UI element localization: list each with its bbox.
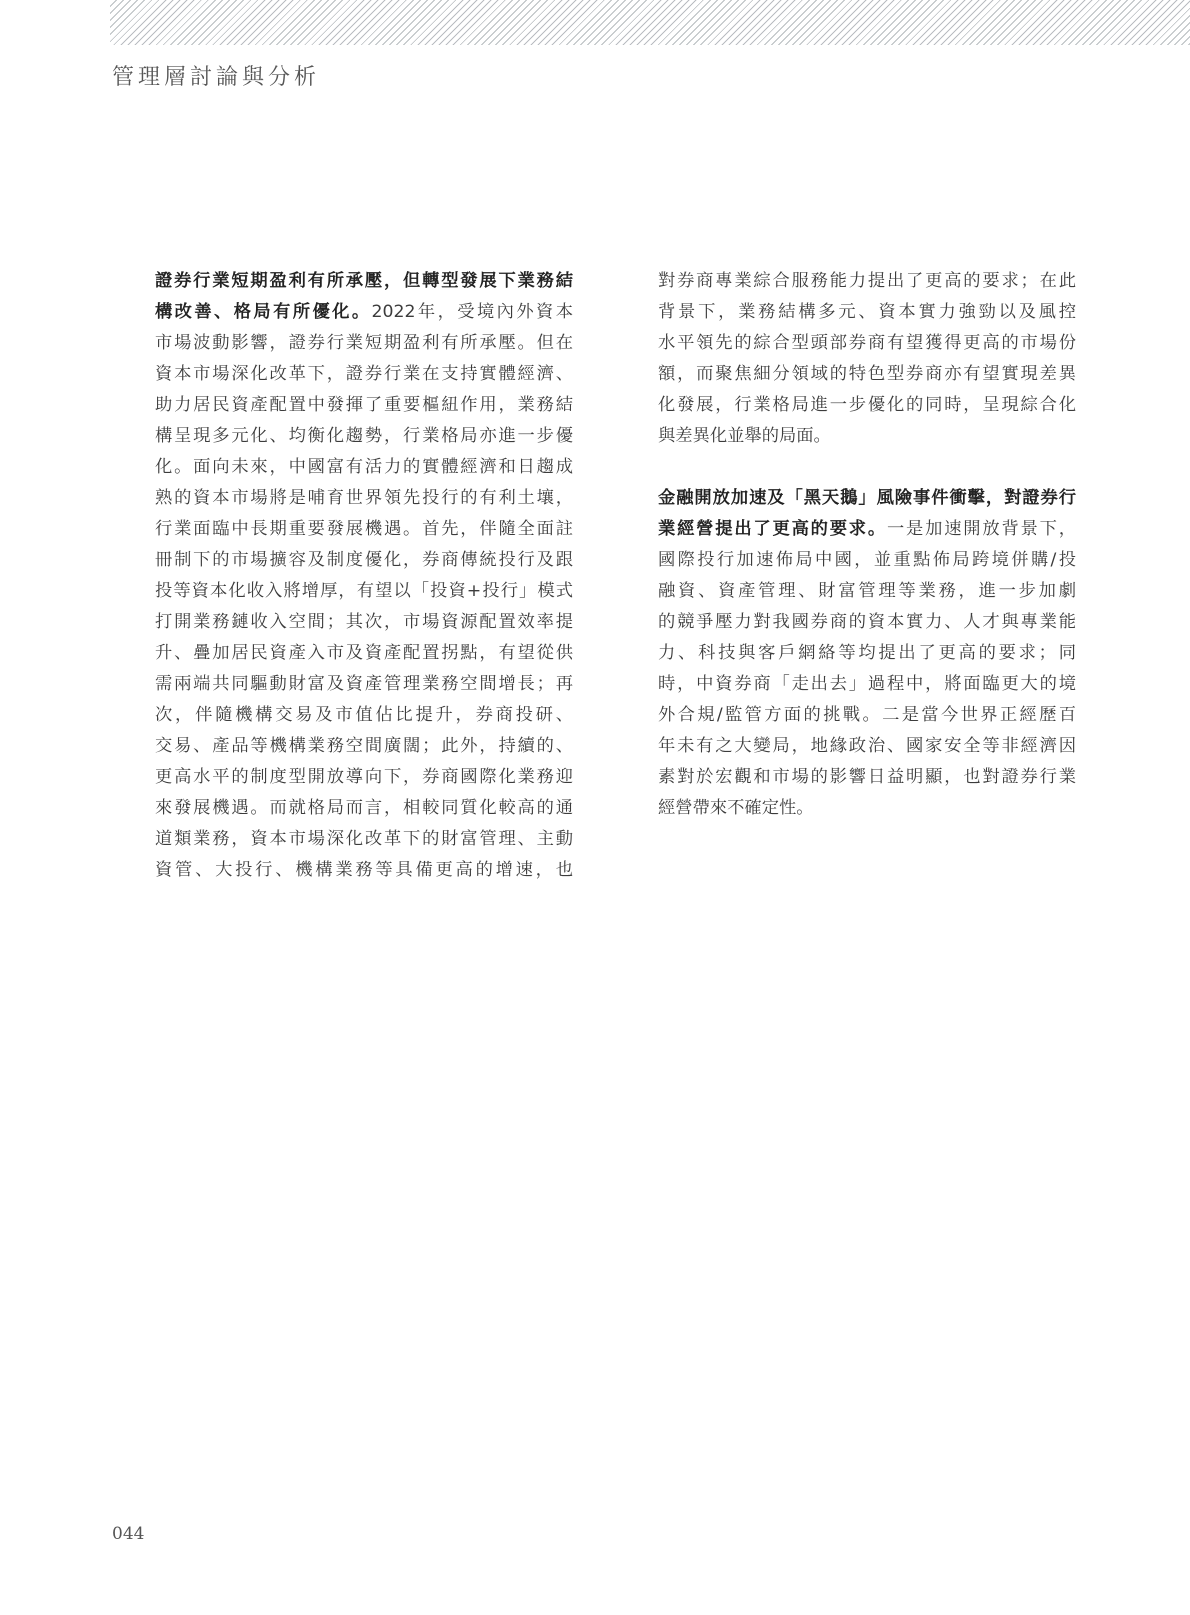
paragraph-financial-opening: 金融開放加速及「黑天鵝」風險事件衝擊，對證券行 業經營提出了更高的要求。一是加速… <box>658 483 1076 824</box>
text-line: 外合規/監管方面的挑戰。二是當今世界正經歷百 <box>658 700 1076 731</box>
text-line: 次，伴隨機構交易及市值佔比提升，券商投研、 <box>155 700 573 731</box>
text-line: 的競爭壓力對我國券商的資本實力、人才與專業能 <box>658 607 1076 638</box>
text-line: 國際投行加速佈局中國，並重點佈局跨境併購/投 <box>658 545 1076 576</box>
section-title: 管理層討論與分析 <box>112 60 320 91</box>
text-line: 升、疊加居民資產入市及資產配置拐點，有望從供 <box>155 638 573 669</box>
text-line: 交易、產品等機構業務空間廣闊；此外，持續的、 <box>155 731 573 762</box>
paragraph-heading: 構改善、格局有所優化。 <box>155 302 372 322</box>
text-line: 行業面臨中長期重要發展機遇。首先，伴隨全面註 <box>155 514 573 545</box>
text-line: 道類業務，資本市場深化改革下的財富管理、主動 <box>155 824 573 855</box>
text-line: 證券行業短期盈利有所承壓，但轉型發展下業務結 <box>155 266 573 297</box>
text-line: 對券商專業綜合服務能力提出了更高的要求；在此 <box>658 266 1076 297</box>
text-line: 素對於宏觀和市場的影響日益明顯，也對證券行業 <box>658 762 1076 793</box>
text-line: 投等資本化收入將增厚，有望以「投資+投行」模式 <box>155 576 573 607</box>
text-line: 背景下，業務結構多元、資本實力強勁以及風控 <box>658 297 1076 328</box>
right-text-column: 對券商專業綜合服務能力提出了更高的要求；在此 背景下，業務結構多元、資本實力強勁… <box>658 266 1076 855</box>
text-line: 助力居民資產配置中發揮了重要樞紐作用，業務結 <box>155 390 573 421</box>
left-text-column: 證券行業短期盈利有所承壓，但轉型發展下業務結 構改善、格局有所優化。2022年，… <box>155 266 573 917</box>
text-line: 年未有之大變局，地緣政治、國家安全等非經濟因 <box>658 731 1076 762</box>
text-line: 時，中資券商「走出去」過程中，將面臨更大的境 <box>658 669 1076 700</box>
paragraph-securities-industry: 證券行業短期盈利有所承壓，但轉型發展下業務結 構改善、格局有所優化。2022年，… <box>155 266 573 886</box>
text-line: 市場波動影響，證券行業短期盈利有所承壓。但在 <box>155 328 573 359</box>
page-number: 044 <box>112 1524 144 1544</box>
header-hatch-pattern <box>110 0 1190 45</box>
text-line: 化。面向未來，中國富有活力的實體經濟和日趨成 <box>155 452 573 483</box>
text-line: 融資、資產管理、財富管理等業務，進一步加劇 <box>658 576 1076 607</box>
text-line: 額，而聚焦細分領域的特色型券商亦有望實現差異 <box>658 359 1076 390</box>
paragraph-continuation: 對券商專業綜合服務能力提出了更高的要求；在此 背景下，業務結構多元、資本實力強勁… <box>658 266 1076 452</box>
text-line: 冊制下的市場擴容及制度優化，券商傳統投行及跟 <box>155 545 573 576</box>
text-line: 資本市場深化改革下，證券行業在支持實體經濟、 <box>155 359 573 390</box>
body-text: 2022年，受境內外資本 <box>372 302 573 322</box>
text-line: 經營帶來不確定性。 <box>658 793 1076 824</box>
text-line: 資管、大投行、機構業務等具備更高的增速，也 <box>155 855 573 886</box>
body-text: 一是加速開放背景下， <box>887 519 1076 539</box>
text-line: 打開業務鏈收入空間；其次，市場資源配置效率提 <box>155 607 573 638</box>
text-line: 熟的資本市場將是哺育世界領先投行的有利土壤， <box>155 483 573 514</box>
text-line: 構改善、格局有所優化。2022年，受境內外資本 <box>155 297 573 328</box>
text-line: 金融開放加速及「黑天鵝」風險事件衝擊，對證券行 <box>658 483 1076 514</box>
text-line: 業經營提出了更高的要求。一是加速開放背景下， <box>658 514 1076 545</box>
text-line: 與差異化並舉的局面。 <box>658 421 1076 452</box>
text-line: 來發展機遇。而就格局而言，相較同質化較高的通 <box>155 793 573 824</box>
text-line: 水平領先的綜合型頭部券商有望獲得更高的市場份 <box>658 328 1076 359</box>
paragraph-heading: 證券行業短期盈利有所承壓，但轉型發展下業務結 <box>155 271 573 291</box>
text-line: 更高水平的制度型開放導向下，券商國際化業務迎 <box>155 762 573 793</box>
paragraph-heading: 金融開放加速及「黑天鵝」風險事件衝擊，對證券行 <box>658 488 1076 508</box>
paragraph-heading: 業經營提出了更高的要求。 <box>658 519 887 539</box>
text-line: 構呈現多元化、均衡化趨勢，行業格局亦進一步優 <box>155 421 573 452</box>
text-line: 力、科技與客戶網絡等均提出了更高的要求；同 <box>658 638 1076 669</box>
text-line: 需兩端共同驅動財富及資產管理業務空間增長；再 <box>155 669 573 700</box>
text-line: 化發展，行業格局進一步優化的同時，呈現綜合化 <box>658 390 1076 421</box>
